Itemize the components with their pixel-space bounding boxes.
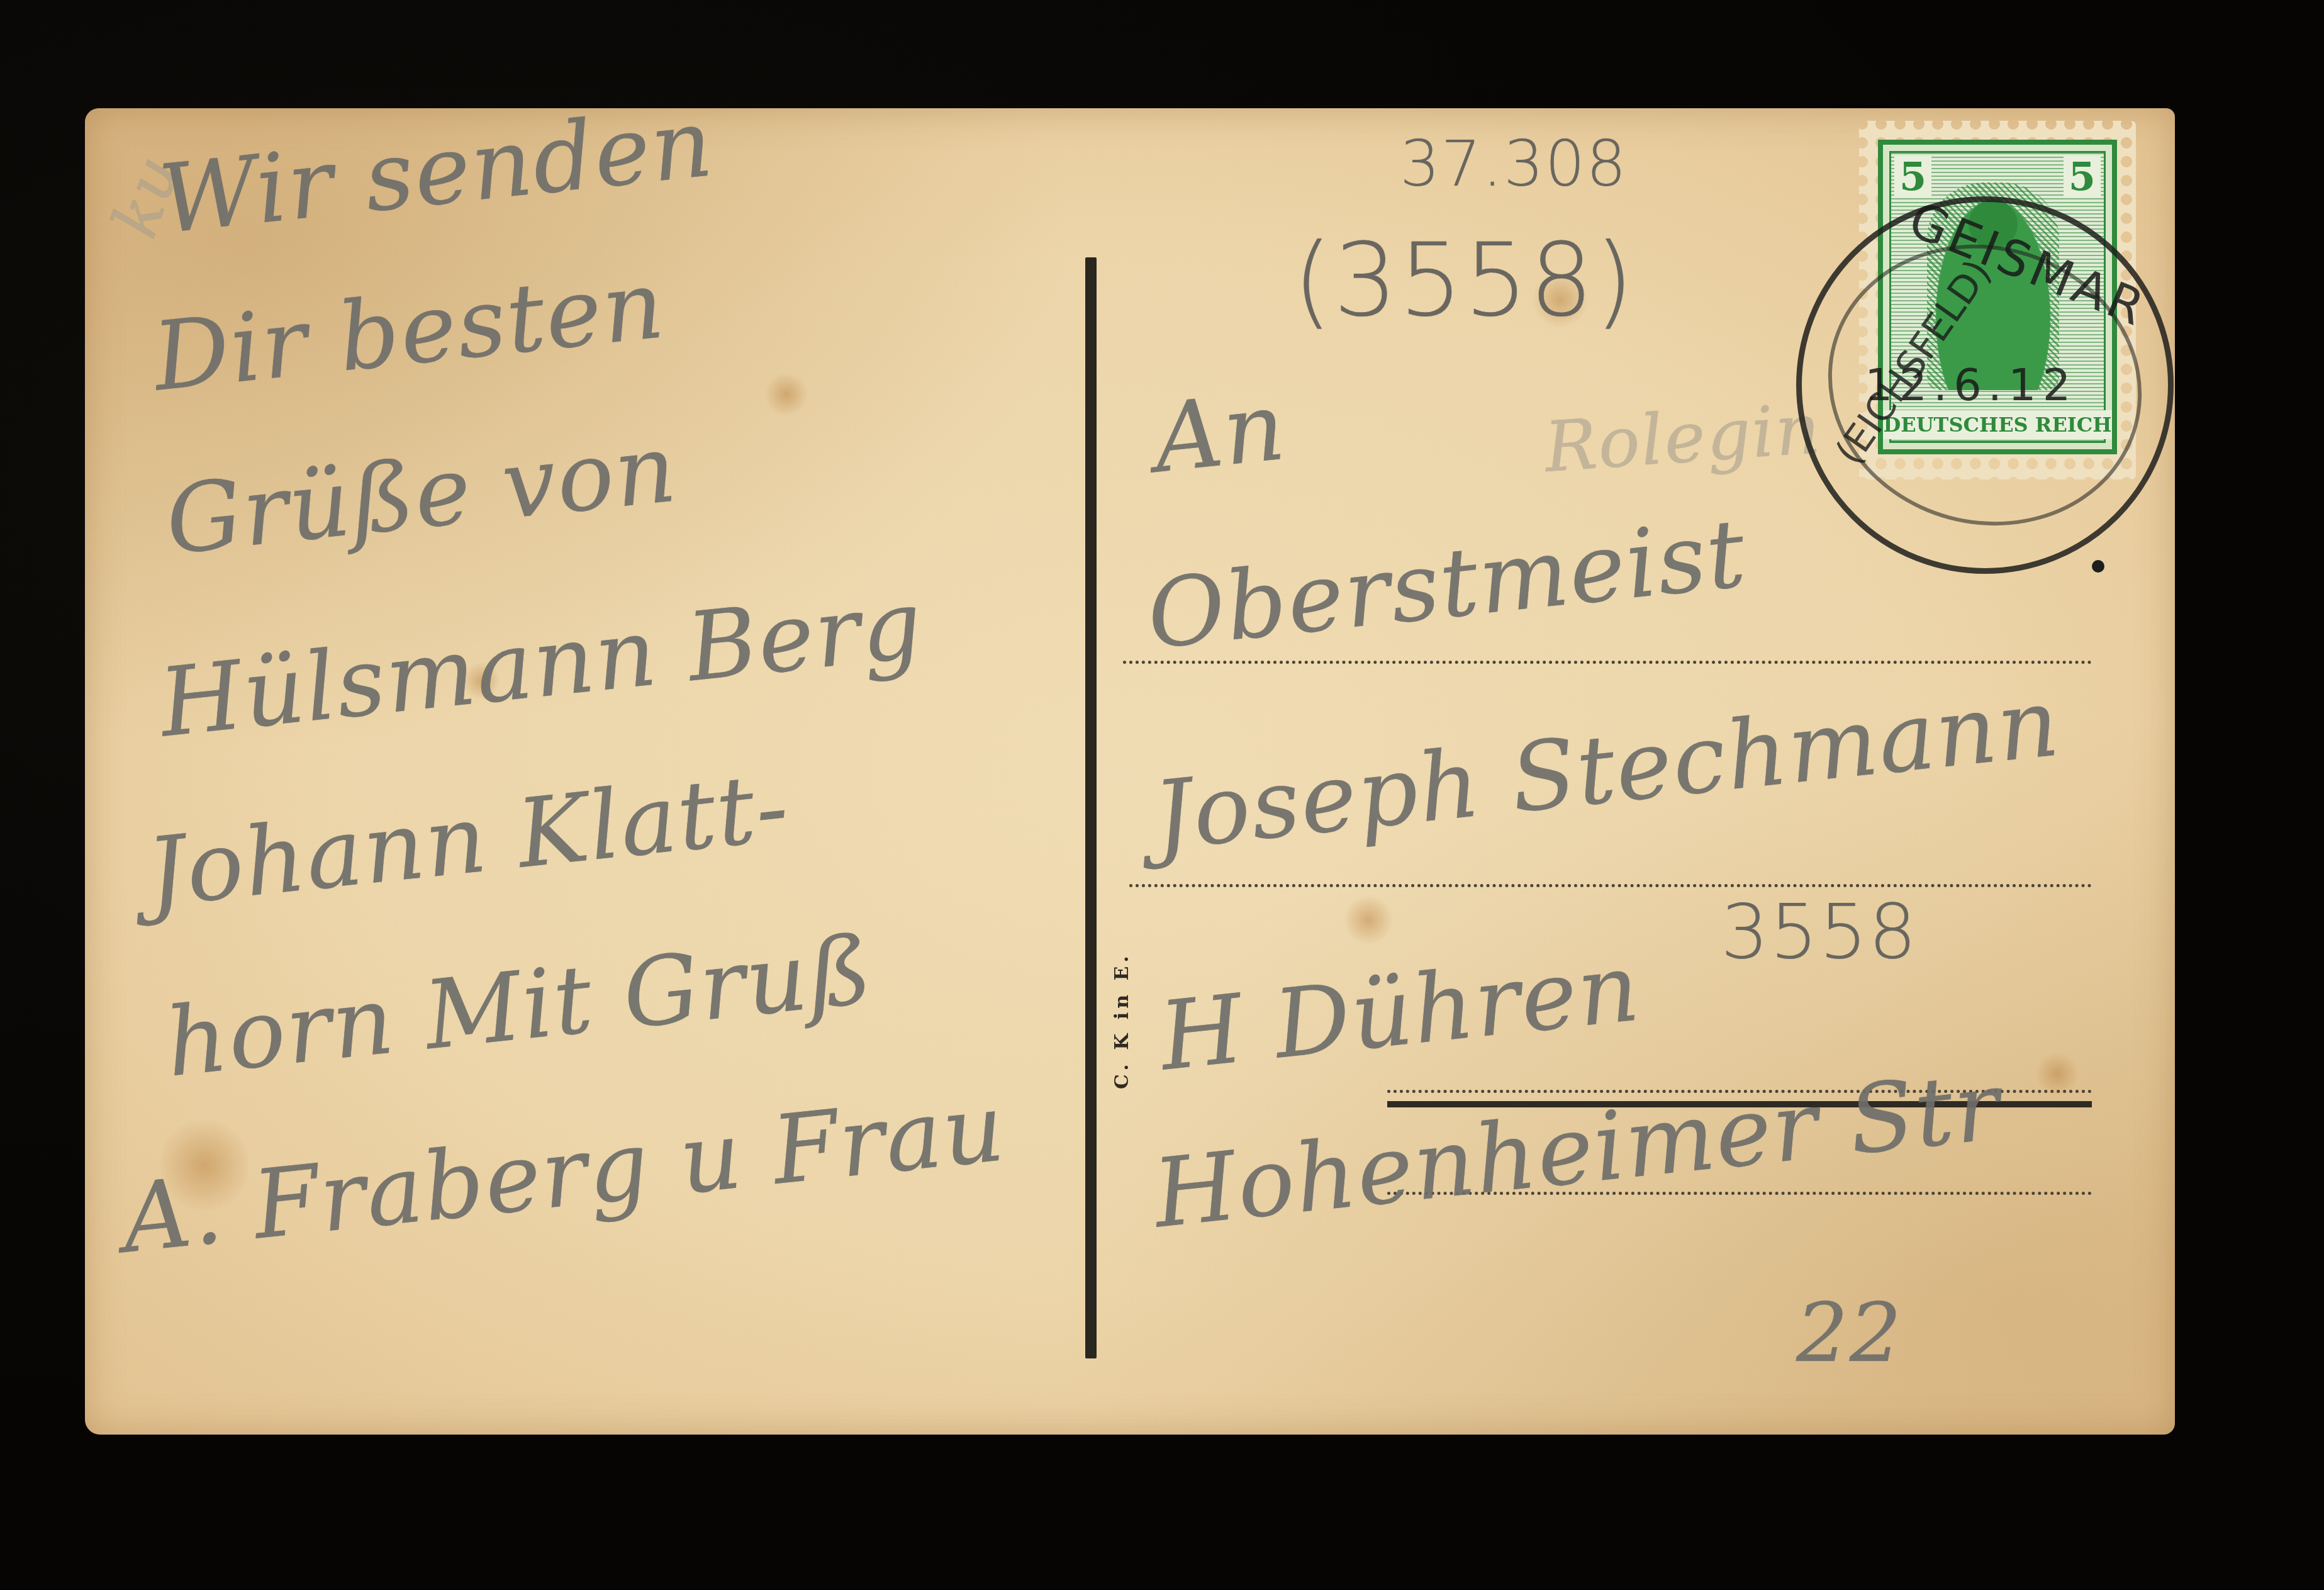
message-line-3: Grüße von xyxy=(161,413,682,576)
stamp-value-left: 5 xyxy=(1894,156,1931,198)
inventory-number: 37.308 xyxy=(1400,127,1628,201)
faint-pencil-note: Rolegin xyxy=(1542,388,1824,488)
message-line-2: Dir besten xyxy=(148,250,670,412)
address-line-text-4: Hohenheimer Str xyxy=(1149,1051,2006,1249)
catalog-number-parenthesized: (3558) xyxy=(1293,221,1635,339)
publisher-imprint: C. K in E. xyxy=(1103,926,1141,1115)
address-salutation: An xyxy=(1149,372,1291,495)
postcard: 37.308 (3558) Rolegin ku Wir senden Dir … xyxy=(85,108,2175,1435)
catalog-number-plain: 3558 xyxy=(1721,888,1918,976)
stamp-country: DEUTSCHES REICH xyxy=(1883,410,2112,439)
address-line-text-2: Joseph Stechmann xyxy=(1149,668,2065,871)
center-divider xyxy=(1085,257,1097,1358)
message-line-5: Johann Klatt- xyxy=(142,752,795,928)
message-line-4: Hülsmann Berg xyxy=(155,569,928,758)
stamp-value-right: 5 xyxy=(2064,156,2101,198)
postage-stamp: 5 5 DEUTSCHES REICH xyxy=(1834,121,2161,523)
foxing-spot xyxy=(764,372,808,417)
message-line-7: A. Fraberg u Frau xyxy=(117,1073,1010,1274)
address-line-1 xyxy=(1123,661,2092,664)
message-line-6: horn Mit Gruß xyxy=(161,915,878,1099)
address-line-text-1: Oberstmeist xyxy=(1142,499,1751,671)
address-line-2 xyxy=(1129,884,2092,887)
ink-dot xyxy=(2092,560,2104,573)
address-line-text-5: 22 xyxy=(1796,1285,1902,1380)
scan-background: 37.308 (3558) Rolegin ku Wir senden Dir … xyxy=(0,0,2324,1590)
message-line-1: Wir senden xyxy=(155,108,718,255)
germania-portrait-icon xyxy=(1927,182,2059,390)
foxing-spot xyxy=(1343,895,1394,945)
address-line-text-3: H Dühren xyxy=(1155,933,1645,1092)
stamp-face: 5 5 DEUTSCHES REICH xyxy=(1878,140,2117,454)
